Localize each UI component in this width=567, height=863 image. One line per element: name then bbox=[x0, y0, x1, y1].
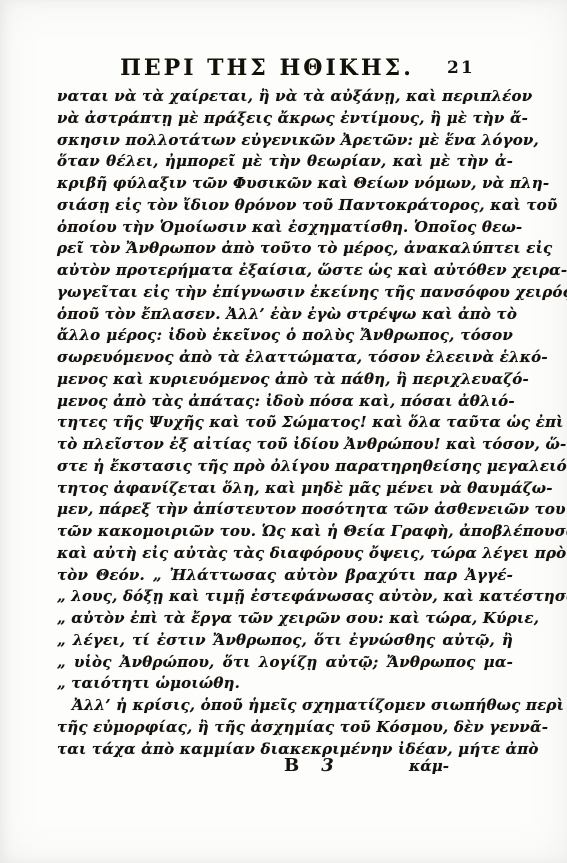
text-line: ναται νὰ τὰ χαίρεται, ἢ νὰ τὰ αὐξάνῃ, κα… bbox=[57, 86, 513, 108]
text-line: μενος καὶ κυριευόμενος ἀπὸ τὰ πάθη, ἢ πε… bbox=[57, 369, 513, 391]
text-line: τῶν κακομοιριῶν του. Ὡς καὶ ἡ Θεία Γραφὴ… bbox=[57, 521, 513, 543]
quoted-scripture-line: „ υἱὸς Ἀνθρώπου, ὅτι λογίζῃ αὐτῷ; Ἄνθρωπ… bbox=[57, 652, 513, 674]
gathering-signature: Β3 bbox=[284, 755, 334, 776]
text-line: αὐτὸν προτερήματα ἐξαίσια, ὥστε ὡς καὶ α… bbox=[57, 260, 513, 282]
text-line: ὅταν θέλει, ἠμπορεῖ μὲ τὴν θεωρίαν, καὶ … bbox=[57, 151, 513, 173]
text-line: σκησιν πολλοτάτων εὐγενικῶν Ἀρετῶν: μὲ ἕ… bbox=[57, 130, 513, 152]
text-line: ὁποῦ τὸν ἔπλασεν. Ἀλλ’ ἐὰν ἐγὼ στρέψω κα… bbox=[57, 304, 513, 326]
text-line: ρεῖ τὸν Ἄνθρωπον ἀπὸ τοῦτο τὸ μέρος, ἀνα… bbox=[57, 238, 513, 260]
quoted-scripture-line: „ ταιότητι ὡμοιώθη. bbox=[57, 673, 513, 695]
quoted-scripture-line: „ αὐτὸν ἐπὶ τὰ ἔργα τῶν χειρῶν σου: καὶ … bbox=[57, 608, 513, 630]
text-line: σωρευόμενος ἀπὸ τὰ ἐλαττώματα, τόσον ἐλε… bbox=[57, 347, 513, 369]
text-line: σιάσῃ εἰς τὸν ἴδιον θρόνον τοῦ Παντοκράτ… bbox=[57, 195, 513, 217]
text-line: τητες τῆς Ψυχῆς καὶ τοῦ Σώματος! καὶ ὅλα… bbox=[57, 412, 513, 434]
text-line: τητος ἀφανίζεται ὅλη, καὶ μηδὲ μᾶς μένει… bbox=[57, 478, 513, 500]
text-line: μεν, πάρεξ τὴν ἀπίστευτον ποσότητα τῶν ἀ… bbox=[57, 499, 513, 521]
text-line: μενος ἀπὸ τὰς ἀπάτας: ἰδοὺ πόσα καὶ, πόσ… bbox=[57, 391, 513, 413]
paragraph-start-line: Ἀλλ’ ἡ κρίσις, ὁποῦ ἡμεῖς σχηματίζομεν σ… bbox=[57, 695, 513, 717]
text-line: γωγεῖται εἰς τὴν ἐπίγνωσιν ἐκείνης τῆς π… bbox=[57, 282, 513, 304]
text-line: καὶ αὐτὴ εἰς αὐτὰς τὰς διαφόρους ὄψεις, … bbox=[57, 543, 513, 565]
page-header: ΠΕΡΙ ΤΗΣ ΗΘΙΚΗΣ. 21 bbox=[57, 55, 513, 83]
text-line: τὸ πλεῖστον ἐξ αἰτίας τοῦ ἰδίου Ἀνθρώπου… bbox=[57, 434, 513, 456]
quoted-scripture-line: „ λέγει, τί ἐστιν Ἄνθρωπος, ὅτι ἐγνώσθης… bbox=[57, 630, 513, 652]
quoted-scripture-line: „ λους, δόξῃ καὶ τιμῇ ἐστεφάνωσας αὐτὸν,… bbox=[57, 586, 513, 608]
text-line: κριβῆ φύλαξιν τῶν Φυσικῶν καὶ Θείων νόμω… bbox=[57, 173, 513, 195]
page-number: 21 bbox=[447, 58, 475, 78]
page-footer: Β3 κάμ- bbox=[57, 755, 513, 779]
body-text-block: ναται νὰ τὰ χαίρεται, ἢ νὰ τὰ αὐξάνῃ, κα… bbox=[57, 86, 513, 760]
signature-number: 3 bbox=[321, 755, 334, 776]
text-line: τῆς εὐμορφίας, ἢ τῆς ἀσχημίας τοῦ Κόσμου… bbox=[57, 717, 513, 739]
text-line quote-line: τὸν Θεόν. „ Ἠλάττωσας αὐτὸν βραχύτι παρ … bbox=[57, 565, 513, 587]
page-title: ΠΕΡΙ ΤΗΣ ΗΘΙΚΗΣ. bbox=[39, 55, 495, 81]
text-line: ὁποίου τὴν Ὁμοίωσιν καὶ ἐσχηματίσθη. Ὁπο… bbox=[57, 217, 513, 239]
text-line: ἄλλο μέρος: ἰδοὺ ἐκεῖνος ὁ πολὺς Ἄνθρωπο… bbox=[57, 325, 513, 347]
text-line: στε ἡ ἔκστασις τῆς πρὸ ὀλίγου παρατηρηθε… bbox=[57, 456, 513, 478]
catchword: κάμ- bbox=[409, 757, 449, 775]
signature-letter: Β bbox=[284, 755, 299, 776]
scanned-book-page: ΠΕΡΙ ΤΗΣ ΗΘΙΚΗΣ. 21 ναται νὰ τὰ χαίρεται… bbox=[0, 0, 567, 863]
text-line: νὰ ἀστράπτῃ μὲ πράξεις ἄκρως ἐντίμους, ἢ… bbox=[57, 108, 513, 130]
